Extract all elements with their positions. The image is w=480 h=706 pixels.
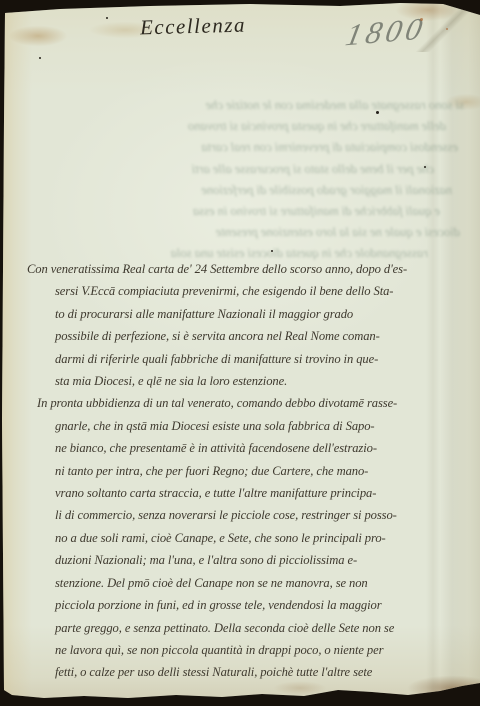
verso-showthrough-line: si sono rassegnate alla medesima con le … xyxy=(16,95,464,116)
ink-speck xyxy=(39,57,41,59)
manuscript-line: no a due soli rami, cioè Canape, e Sete,… xyxy=(0,527,480,549)
manuscript-line: sta mia Diocesi, e qlē ne sia la loro es… xyxy=(0,370,480,392)
verso-showthrough-line: che per il bene dello stato si procurass… xyxy=(16,159,464,180)
foxing-speck xyxy=(420,18,423,21)
verso-showthrough: si sono rassegnate alla medesima con le … xyxy=(16,95,464,263)
ink-speck xyxy=(376,111,379,114)
manuscript-line: sersi V.Eccā compiaciuta prevenirmi, che… xyxy=(0,280,480,302)
manuscript-line: parte greggo, e senza pettinato. Della s… xyxy=(0,617,480,639)
manuscript-line: In pronta ubbidienza di un tal venerato,… xyxy=(0,392,480,414)
verso-showthrough-line: delle manifatture che in questa provinci… xyxy=(16,116,464,137)
year-annotation: 1800 xyxy=(343,11,430,54)
manuscript-line: picciola porzione in funi, ed in grosse … xyxy=(0,594,480,616)
manuscript-line: darmi di riferirle quali fabbriche di ma… xyxy=(0,348,480,370)
letter-salutation: Eccellenza xyxy=(140,13,247,41)
manuscript-line: ni tanto per intra, che per fuori Regno;… xyxy=(0,460,480,482)
manuscript-line: ne lavora quì, se non piccola quantità i… xyxy=(0,639,480,661)
manuscript-line: possibile di perfezione, si è servita an… xyxy=(0,325,480,347)
verso-showthrough-line: nazionali il maggior grado possibile di … xyxy=(16,180,464,201)
manuscript-line: Con veneratissima Real carta de' 24 Sett… xyxy=(0,258,480,280)
verso-showthrough-line: e quali fabbriche di manifatture si trov… xyxy=(16,201,464,222)
manuscript-page: si sono rassegnate alla medesima con le … xyxy=(0,0,480,706)
verso-showthrough-line: diocesi e quale ne sia la loro estenzion… xyxy=(16,222,464,243)
ink-speck xyxy=(424,166,426,168)
manuscript-line: duzioni Nazionali; ma l'una, e l'altra s… xyxy=(0,549,480,571)
manuscript-line: ne bianco, che presentamē è in attività … xyxy=(0,437,480,459)
manuscript-line: vrano soltanto carta straccia, e tutte l… xyxy=(0,482,480,504)
manuscript-line: to di procurarsi alle manifatture Nazion… xyxy=(0,303,480,325)
manuscript-line: stenzione. Del pmō cioè del Canape non s… xyxy=(0,572,480,594)
manuscript-line: gnarle, che in qstā mia Diocesi esiste u… xyxy=(0,415,480,437)
letter-body: Con veneratissima Real carta de' 24 Sett… xyxy=(0,258,480,684)
foxing-speck xyxy=(446,28,448,30)
manuscript-line: fetti, o calze per uso delli stessi Natu… xyxy=(0,661,480,683)
manuscript-line: li di commercio, senza noverarsi le picc… xyxy=(0,504,480,526)
ink-speck xyxy=(106,17,108,19)
verso-showthrough-line: essendosi compiaciuta di prevenirmi con … xyxy=(16,137,464,158)
ink-speck xyxy=(271,250,273,252)
